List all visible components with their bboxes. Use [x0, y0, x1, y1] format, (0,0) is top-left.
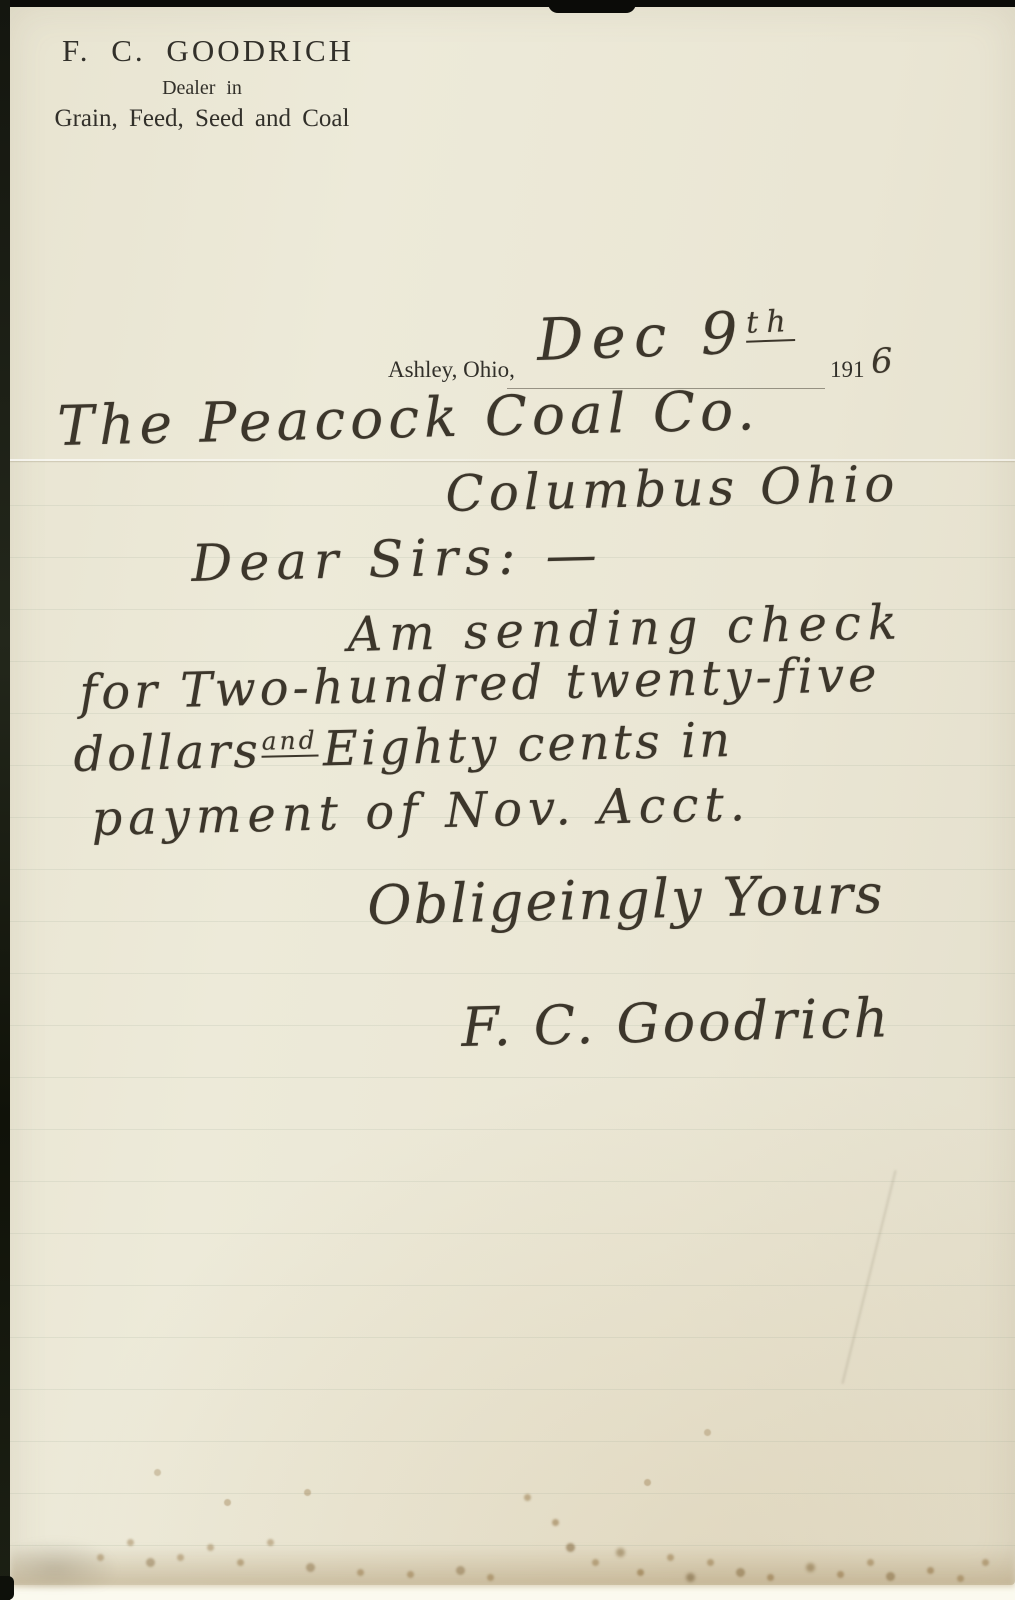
recipient-line-2: Columbus Ohio: [445, 459, 900, 519]
signature: F. C. Goodrich: [461, 991, 892, 1055]
body-line-4: payment of Nov. Acct.: [91, 780, 751, 843]
body-line-3-superscript: and: [260, 725, 319, 757]
scan-edge-top-mark: [548, 0, 636, 13]
dateline-year-prefix: 191: [830, 357, 865, 383]
scan-edge-left: [0, 0, 10, 1600]
foxing-spots: [10, 7, 15, 12]
letterhead-business-line: Grain, Feed, Seed and Coal: [40, 105, 364, 133]
closing-line: Obligeingly Yours: [367, 867, 885, 933]
bottom-left-smudge: [10, 1527, 160, 1587]
scanned-letter: F. C. GOODRICH Dealer in Grain, Feed, Se…: [0, 0, 1015, 1600]
scan-edge-top: [0, 0, 1015, 7]
salutation: Dear Sirs: —: [191, 530, 604, 590]
letter-paper: F. C. GOODRICH Dealer in Grain, Feed, Se…: [10, 7, 1015, 1585]
bottom-edge-stain: [10, 1545, 1015, 1587]
letterhead-subtitle: Dealer in: [62, 77, 342, 100]
recipient-line-1: The Peacock Coal Co.: [57, 383, 760, 454]
handwritten-date-ordinal: th: [745, 304, 796, 343]
handwritten-year-digit: 6: [870, 344, 893, 379]
paper-scratch: [841, 1170, 896, 1384]
body-line-2: for Two-hundred twenty-five: [79, 651, 881, 717]
dateline-place: Ashley, Ohio,: [388, 357, 515, 383]
letterhead-name: F. C. GOODRICH: [62, 33, 342, 69]
scan-edge-bottom-mark: [0, 1576, 14, 1600]
body-line-3-post: Eighty cents in: [322, 712, 734, 777]
body-line-3-pre: dollars: [73, 723, 262, 783]
body-line-3: dollarsandEighty cents in: [73, 716, 734, 779]
handwritten-date-text: Dec 9: [536, 299, 747, 374]
handwritten-date: Dec 9th: [536, 302, 796, 369]
